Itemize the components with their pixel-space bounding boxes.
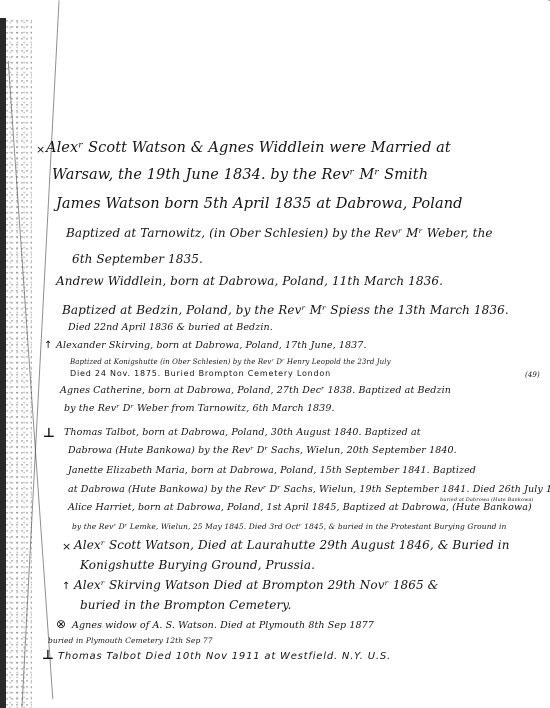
circle-x-marker-icon: ⊗: [56, 617, 66, 631]
arrow-up-marker-icon: ↑: [44, 340, 52, 351]
entry-line: Agnes widow of A. S. Watson. Died at Ply…: [72, 620, 374, 631]
arrow-up-marker-icon: ↑: [62, 581, 70, 592]
entry-line: Warsaw, the 19th June 1834. by the Revʳ …: [52, 167, 428, 183]
entry-line: Baptized at Bedzin, Poland, by the Revʳ …: [62, 303, 509, 317]
entry-line: Andrew Widdlein, born at Dabrowa, Poland…: [56, 274, 443, 288]
t-bar-marker-icon: ⊥: [42, 648, 54, 663]
corner-mark: [525, 0, 550, 1]
entry-line: Alexʳ Skirving Watson Died at Brompton 2…: [74, 578, 438, 592]
t-bar-marker-icon: ⊥: [43, 426, 55, 441]
entry-line: Alexʳ Scott Watson & Agnes Widdlein were…: [46, 140, 451, 156]
entry-line: Alexʳ Scott Watson, Died at Laurahutte 2…: [74, 538, 510, 552]
entry-line: at Dabrowa (Hute Bankowa) by the Revʳ Dʳ…: [68, 484, 550, 495]
entry-line: Died 24 Nov. 1875. Buried Brompton Cemet…: [70, 369, 331, 378]
entry-line: 6th September 1835.: [72, 252, 203, 266]
document-page: × Alexʳ Scott Watson & Agnes Widdlein we…: [0, 0, 550, 708]
entry-line: by the Revʳ Dʳ Weber from Tarnowitz, 6th…: [64, 403, 335, 414]
margin-note: (49): [525, 371, 540, 379]
entry-line: Alexander Skirving, born at Dabrowa, Pol…: [56, 340, 367, 351]
entry-line: buried in Plymouth Cemetery 12th Sep 77: [48, 636, 213, 645]
entry-line: Baptized at Tarnowitz, (in Ober Schlesie…: [66, 226, 493, 240]
entry-line: Dabrowa (Hute Bankowa) by the Revʳ Dʳ Sa…: [68, 445, 457, 456]
entry-line: James Watson born 5th April 1835 at Dabr…: [56, 196, 463, 212]
entry-line: Died 22nd April 1836 & buried at Bedzin.: [68, 322, 273, 333]
cross-marker-icon: ×: [62, 540, 71, 553]
cross-marker-icon: ×: [36, 143, 45, 156]
entry-line: Baptized at Konigshutte (in Ober Schlesi…: [70, 358, 391, 366]
entry-line: Janette Elizabeth Maria, born at Dabrowa…: [68, 465, 476, 476]
entry-line: by the Revʳ Dʳ Lemke, Wielun, 25 May 184…: [72, 522, 506, 531]
entry-line: Konigshutte Burying Ground, Prussia.: [80, 558, 315, 572]
entry-line: Alice Harriet, born at Dabrowa, Poland, …: [68, 502, 532, 513]
entry-line: buried in the Brompton Cemetery.: [80, 598, 291, 612]
entry-line: Thomas Talbot Died 10th Nov 1911 at West…: [58, 651, 391, 662]
entry-line: Thomas Talbot, born at Dabrowa, Poland, …: [64, 427, 421, 438]
entry-line: Agnes Catherine, born at Dabrowa, Poland…: [60, 385, 451, 396]
